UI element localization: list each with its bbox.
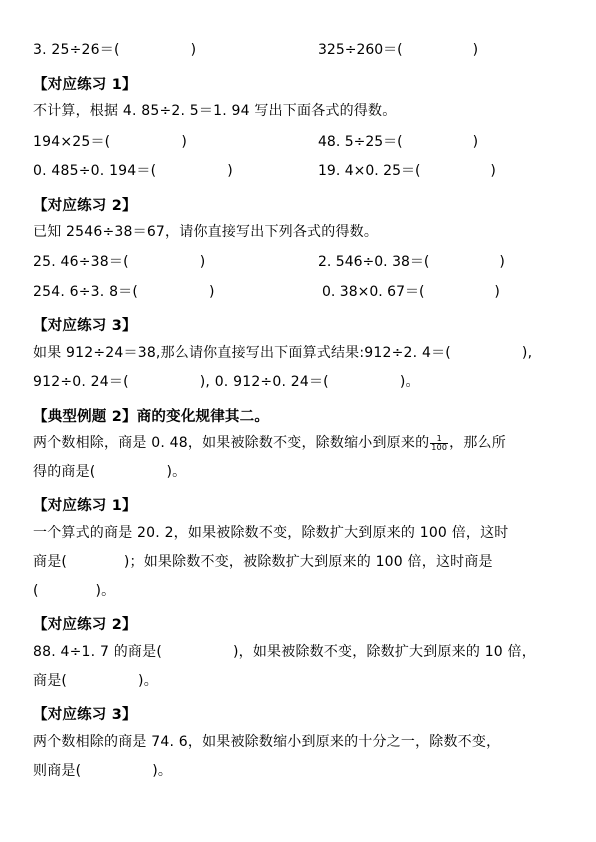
practice-2-q1: 25. 46÷38＝( ) <box>33 253 205 271</box>
practice-1b-line2: 商是( )；如果除数不变，被除数扩大到原来的 100 倍，这时商是 <box>33 553 493 571</box>
example-2-heading: 【典型例题 2】商的变化规律其二。 <box>33 408 269 426</box>
fraction-one-hundredth: 1100 <box>430 435 448 452</box>
practice-1b-line3: ( )。 <box>33 582 115 600</box>
example-2-line2: 得的商是( )。 <box>33 463 186 481</box>
practice-3-heading: 【对应练习 3】 <box>33 317 137 335</box>
practice-3b-line2: 则商是( )。 <box>33 762 172 780</box>
practice-3b-line1: 两个数相除的商是 74. 6，如果被除数缩小到原来的十分之一，除数不变， <box>33 733 500 751</box>
practice-2b-line2: 商是( )。 <box>33 672 158 690</box>
practice-2-heading: 【对应练习 2】 <box>33 197 137 215</box>
example-2-text-after: ，那么所 <box>449 435 506 451</box>
practice-2-q3: 254. 6÷3. 8＝( ) <box>33 283 215 301</box>
practice-2-q4: 0. 38×0. 67＝( ) <box>322 283 500 301</box>
practice-3-line1: 如果 912÷24＝38,那么请你直接写出下面算式结果:912÷2. 4＝( )… <box>33 344 532 362</box>
practice-1-heading: 【对应练习 1】 <box>33 76 137 94</box>
practice-2b-line1: 88. 4÷1. 7 的商是( )，如果被除数不变，除数扩大到原来的 10 倍， <box>33 643 536 661</box>
practice-1-q2: 48. 5÷25＝( ) <box>318 133 478 151</box>
exercise-3-25-div-26: 3. 25÷26＝( ) <box>33 41 196 59</box>
practice-1b-line1: 一个算式的商是 20. 2，如果被除数不变，除数扩大到原来的 100 倍，这时 <box>33 524 509 542</box>
example-2-line1: 两个数相除，商是 0. 48，如果被除数不变，除数缩小到原来的1100，那么所 <box>33 434 506 452</box>
practice-1-q3: 0. 485÷0. 194＝( ) <box>33 162 233 180</box>
practice-1-prompt: 不计算，根据 4. 85÷2. 5＝1. 94 写出下面各式的得数。 <box>33 102 396 120</box>
practice-2-q2: 2. 546÷0. 38＝( ) <box>318 253 505 271</box>
fraction-denominator: 100 <box>430 444 448 452</box>
practice-1-q1: 194×25＝( ) <box>33 133 187 151</box>
practice-2b-heading: 【对应练习 2】 <box>33 616 137 634</box>
practice-3-line2: 912÷0. 24＝( ), 0. 912÷0. 24＝( )。 <box>33 373 420 391</box>
example-2-text-before: 两个数相除，商是 0. 48，如果被除数不变，除数缩小到原来的 <box>33 435 429 451</box>
practice-2-prompt: 已知 2546÷38＝67，请你直接写出下列各式的得数。 <box>33 223 378 241</box>
exercise-325-div-260: 325÷260＝( ) <box>318 41 478 59</box>
practice-1b-heading: 【对应练习 1】 <box>33 497 137 515</box>
practice-1-q4: 19. 4×0. 25＝( ) <box>318 162 496 180</box>
practice-3b-heading: 【对应练习 3】 <box>33 706 137 724</box>
